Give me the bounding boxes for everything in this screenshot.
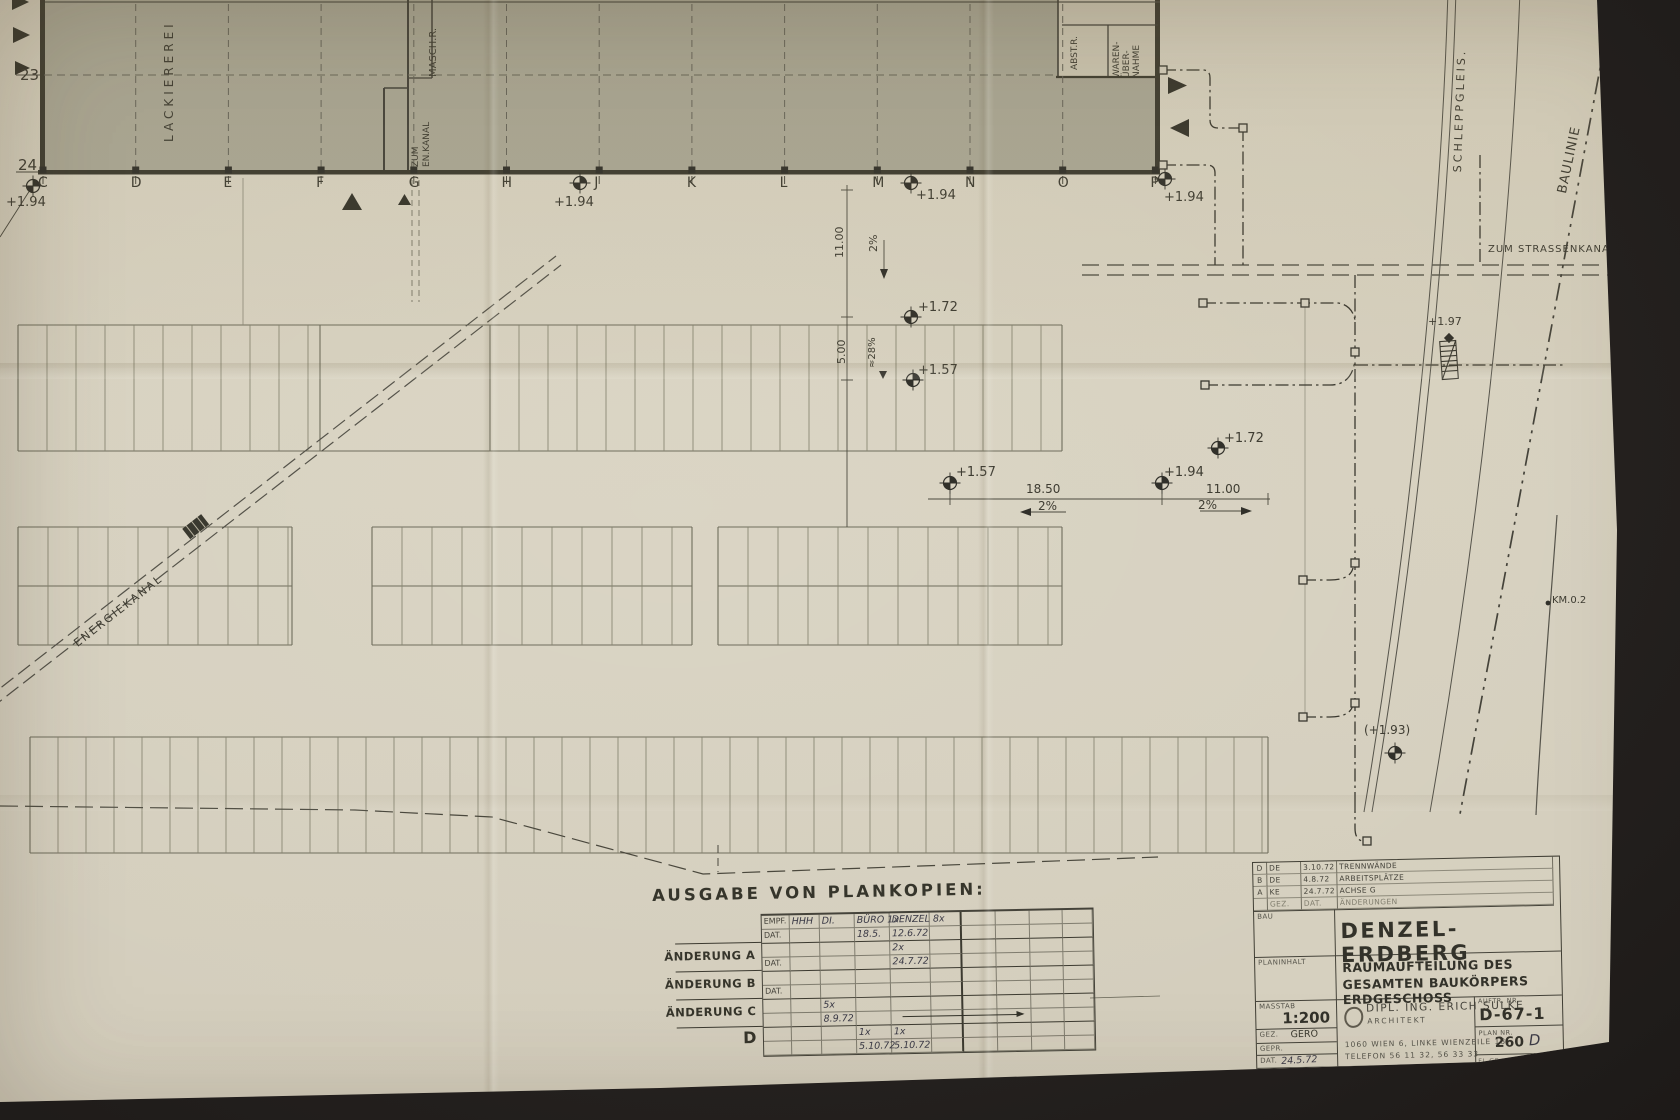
issue-cell [931,996,963,1011]
grid-letter-e: E [223,176,232,191]
issue-cell [763,999,791,1014]
issue-cell: 5.10.72 [892,1039,932,1054]
grid-letter-h: H [502,176,513,191]
elevation-193: (+1.93) [1364,724,1410,737]
issue-cell [1063,924,1093,939]
issue-cell [1065,1021,1095,1036]
label-zum: ZUM [412,146,421,167]
issue-cell [1032,1022,1065,1037]
issue-cell [998,1023,1032,1038]
issue-cell [856,997,891,1012]
issue-cell [891,969,931,984]
photographed-plan: 2324+1.94+1.94+1.94+1.94+1.72+1.57+1.57+… [0,0,1680,1120]
slope-28: ≈28% [868,337,879,368]
issue-cell [791,1013,821,1028]
bau-label: BAU [1257,913,1273,921]
issue-cell [962,953,996,968]
revision-cell: DE [1267,874,1301,887]
issue-row-label-d: D [653,1028,757,1049]
issue-cell [1031,994,1064,1009]
dim-1100-upper: 11.00 [834,227,846,259]
issue-cell [1063,938,1093,953]
revision-cell: A [1254,887,1268,899]
elevation-157-upper: +1.57 [918,364,958,378]
issue-cell [963,981,997,996]
issue-cell [962,939,996,954]
issue-cell [932,1038,964,1053]
issue-row-label-b: ÄNDERUNG B [652,976,756,992]
issue-cell [1030,910,1063,925]
elevation-197: +1.97 [1428,316,1462,328]
issue-cell [1031,966,1064,981]
elevation-194-mid: +1.94 [1164,466,1204,480]
issue-cell [1064,1007,1094,1022]
issue-cell [822,1026,857,1041]
baulinie-line [1460,0,1614,814]
issue-cell [1064,979,1094,994]
issue-cell [962,925,996,940]
triangle-icon [13,27,30,43]
revision-cell: D [1253,863,1267,875]
issue-cell [931,968,963,983]
km-line [1536,515,1557,815]
site-boundary-line [0,806,1158,874]
dim-500: 5.00 [836,340,848,365]
grid-letter-m: M [872,176,884,191]
issue-cell [891,997,931,1012]
auftr-nr: D-67-1 [1479,1004,1546,1024]
elevation-c: +1.94 [6,196,46,210]
issue-cell [1065,1035,1095,1050]
revision-cell: DAT. [1302,897,1338,910]
benchmark-symbols [23,169,1455,764]
issue-cell: BÜRO 1x [855,913,890,928]
issue-cell [997,995,1031,1010]
plan-issue-table: AUSGABE VON PLANKOPIEN: ÄNDERUNG A ÄNDER… [650,877,1123,1068]
flgr-value: FL.GR. 1.12 m² [1478,1056,1534,1065]
issue-cell [1063,952,1093,967]
revision-cell: 24.7.72 [1302,885,1338,898]
issue-cell [998,1037,1032,1052]
architect-title: ARCHITEKT [1367,1015,1426,1025]
issue-cell: 2x [890,941,930,956]
issue-cell [820,956,855,971]
issue-cell [931,1010,963,1025]
grid-letter-n: N [965,176,975,191]
gez-label: GEZ. [1260,1030,1279,1038]
label-strassenkanal: ZUM STRASSENKANAL → [1488,245,1630,256]
issue-cell [997,967,1031,982]
architect-phone: TELEFON 56 11 32, 56 33 33 [1345,1049,1479,1061]
energiekanal-hatch-icon [182,514,209,539]
triangle-icon [1168,77,1187,94]
canal-nodes [1159,66,1371,845]
revision-cell: 3.10.72 [1301,861,1337,874]
issue-cell: 5.10.72 [857,1039,892,1054]
label-abstr: ABST.R. [1071,36,1080,70]
issue-cell [790,929,820,944]
grid-letter-k: K [687,176,696,191]
triangle-icon [342,193,362,210]
label-maschr: MASCH.R. [429,28,440,77]
issue-cell [930,926,962,941]
issue-cell [764,1041,792,1056]
issue-cell [930,954,962,969]
grid-letter-g: G [409,176,420,191]
issue-cell [963,995,997,1010]
gepr-label: GEPR. [1260,1044,1284,1052]
issue-cell: DAT. [762,929,790,944]
rail-lines [1364,0,1520,812]
elevation-j: +1.94 [554,196,594,210]
issue-cell: 8.9.72 [821,1012,856,1027]
issue-cell [791,971,821,986]
issue-cell [763,971,791,986]
issue-cell [1030,938,1063,953]
issue-cell [764,1027,792,1042]
gez-value: GERO [1291,1029,1319,1041]
planinhalt-label: PLANINHALT [1258,958,1306,967]
slope-1850: 2% [1038,500,1057,513]
issue-cell [1031,1008,1064,1023]
issue-cell: 5x [821,998,856,1013]
issue-cell [1064,965,1094,980]
issue-cell [996,953,1030,968]
site-lines [0,178,1305,998]
grid-letter-p: P [1150,176,1158,191]
elevation-172-upper: +1.72 [918,301,958,315]
issue-cell: DAT. [763,985,791,1000]
issue-cell [821,970,856,985]
elevation-p: +1.94 [1164,191,1204,205]
plan-sheet: 2324+1.94+1.94+1.94+1.94+1.72+1.57+1.57+… [0,0,1680,1120]
issue-cell [855,955,890,970]
issue-cell [1030,924,1063,939]
issue-cell [791,999,821,1014]
issue-cell [856,983,891,998]
grid-letter-c: C [38,176,48,191]
issue-cell [792,1041,822,1056]
issue-cell [891,1011,931,1026]
issue-cell: 1x [892,1025,932,1040]
revision-cell: B [1253,875,1267,887]
issue-cell [962,911,996,926]
revision-cell: KE [1268,886,1302,899]
triangle-icon [12,0,29,10]
issue-cell [996,911,1030,926]
issue-cell: 12.6.72 [890,927,930,942]
issue-cell: DENZEL 8x [890,913,930,928]
revision-cell: GEZ. [1268,898,1302,911]
issue-cell [1063,910,1093,925]
issue-cell [930,912,962,927]
issue-cell: HHH [790,915,820,930]
issue-cell [792,1027,822,1042]
revision-cell [1254,899,1268,911]
architect-logo-icon [1344,1007,1363,1028]
stair-icon [1440,340,1459,379]
issue-cell [856,969,891,984]
grid-row-24: 24 [18,158,37,174]
architect-address: 1060 WIEN 6, LINKE WIENZEILE 18 [1345,1037,1506,1049]
dat-value: 24.5.72 [1281,1054,1318,1067]
issue-cell [964,1023,998,1038]
elevation-m: +1.94 [916,189,956,203]
slope-upper: 2% [868,235,880,252]
title-block: DDE3.10.72TRENNWÄNDEBDE4.8.72ARBEITSPLÄT… [1252,856,1565,1082]
issue-grid: EMPF.HHHDI.BÜRO 1xDENZEL 8xDAT.18.5.12.6… [761,907,1097,1056]
dat-label: DAT. [1260,1057,1277,1065]
grid-letter-f: F [316,176,324,191]
issue-cell [790,957,820,972]
slope-1100-mid: 2% [1198,499,1217,512]
issue-cell [820,928,855,943]
issue-cell: DI. [820,914,855,929]
grid-letter-l: L [780,176,788,191]
issue-cell [855,941,890,956]
issue-cell [820,942,855,957]
issue-cell: DAT. [762,957,790,972]
issue-row-label-c: ÄNDERUNG C [652,1004,756,1020]
issue-cell [791,985,821,1000]
issue-cell [822,1040,857,1055]
elevation-172-mid: +1.72 [1224,432,1264,446]
triangle-icon [398,194,411,205]
issue-cell [997,1009,1031,1024]
issue-cell [790,943,820,958]
issue-cell [1031,980,1064,995]
issue-cell: 18.5. [855,927,890,942]
issue-cell [963,1009,997,1024]
issue-cell [763,1013,791,1028]
issue-cell [856,1011,891,1026]
label-km02: KM.0.2 [1552,596,1586,607]
label-lackiererei: LACKIEREREI [163,20,176,142]
issue-cell [1032,1036,1065,1051]
grid-letter-d: D [131,176,142,191]
issue-cell [1064,993,1094,1008]
label-enkanal: EN.KANAL [423,122,432,167]
issue-cell [1030,952,1063,967]
issue-cell [762,943,790,958]
issue-row-label-a: ÄNDERUNG A [651,948,755,964]
issue-cell [821,984,856,999]
issue-cell [932,1024,964,1039]
plan-nr: 260 [1495,1034,1525,1051]
issue-cell: 24.7.72 [890,955,930,970]
grid-letter-j: J [594,176,598,191]
scale-value: 1:200 [1282,1008,1330,1027]
issue-cell [964,1037,998,1052]
triangle-icon [1170,119,1189,137]
label-nahme: NAHME [1133,45,1142,78]
grid-letter-o: O [1058,176,1069,191]
dim-1850: 18.50 [1026,483,1060,496]
issue-cell: 1x [857,1025,892,1040]
issue-cell: EMPF. [762,915,790,930]
issue-cell [963,967,997,982]
plan-rev: D [1528,1031,1541,1050]
revision-cell: DE [1267,862,1301,875]
issue-cell [996,939,1030,954]
issue-cell [997,981,1031,996]
revision-cell: 4.8.72 [1301,873,1337,886]
issue-cell [931,982,963,997]
issue-cell [930,940,962,955]
dim-1100-mid: 11.00 [1206,483,1240,496]
revision-table: DDE3.10.72TRENNWÄNDEBDE4.8.72ARBEITSPLÄT… [1253,857,1554,912]
grid-row-23: 23 [20,68,39,84]
issue-cell [891,983,931,998]
elevation-157-mid: +1.57 [956,466,996,480]
plan-content-line1: RAUMAUFTEILUNG DES [1342,957,1513,976]
issue-cell [996,925,1030,940]
